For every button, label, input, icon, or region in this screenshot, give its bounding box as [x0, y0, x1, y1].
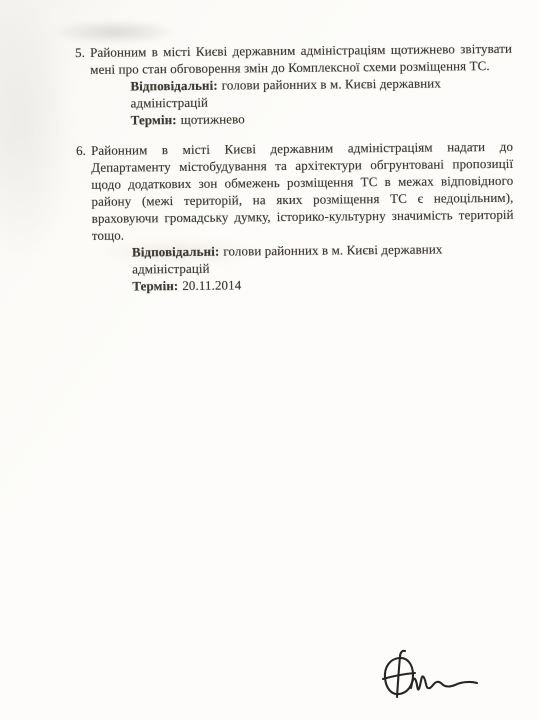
term-line: Термін:20.11.2014 — [92, 274, 514, 295]
responsible-line: Відповідальні:голови районних в м. Києві… — [92, 240, 514, 278]
document-page: 5. Районним в місті Києві державним адмі… — [0, 0, 540, 720]
term-line: Термін:щотижнево — [91, 108, 513, 129]
responsible-label: Відповідальні: — [130, 78, 217, 94]
term-value: щотижнево — [181, 111, 245, 127]
scan-smudge-left — [0, 0, 76, 270]
term-label: Термін: — [132, 278, 178, 293]
responsible-label: Відповідальні: — [132, 244, 219, 260]
term-value: 20.11.2014 — [182, 277, 241, 293]
order-item-6: 6. Районним в місті Києві державним адмі… — [76, 138, 514, 295]
document-text-block: 5. Районним в місті Києві державним адмі… — [75, 40, 514, 295]
item-number: 5. — [75, 44, 91, 129]
scan-smudge-top — [50, 20, 180, 44]
handwritten-signature-icon — [376, 644, 484, 706]
term-label: Термін: — [131, 112, 177, 127]
responsible-line: Відповідальні:голови районних в м. Києві… — [90, 74, 512, 112]
order-item-5: 5. Районним в місті Києві державним адмі… — [75, 40, 513, 129]
item-body-text: Районним в місті Києві державним адмініс… — [91, 138, 514, 244]
item-number: 6. — [76, 142, 92, 295]
item-body-text: Районним в місті Києві державним адмініс… — [90, 40, 512, 78]
